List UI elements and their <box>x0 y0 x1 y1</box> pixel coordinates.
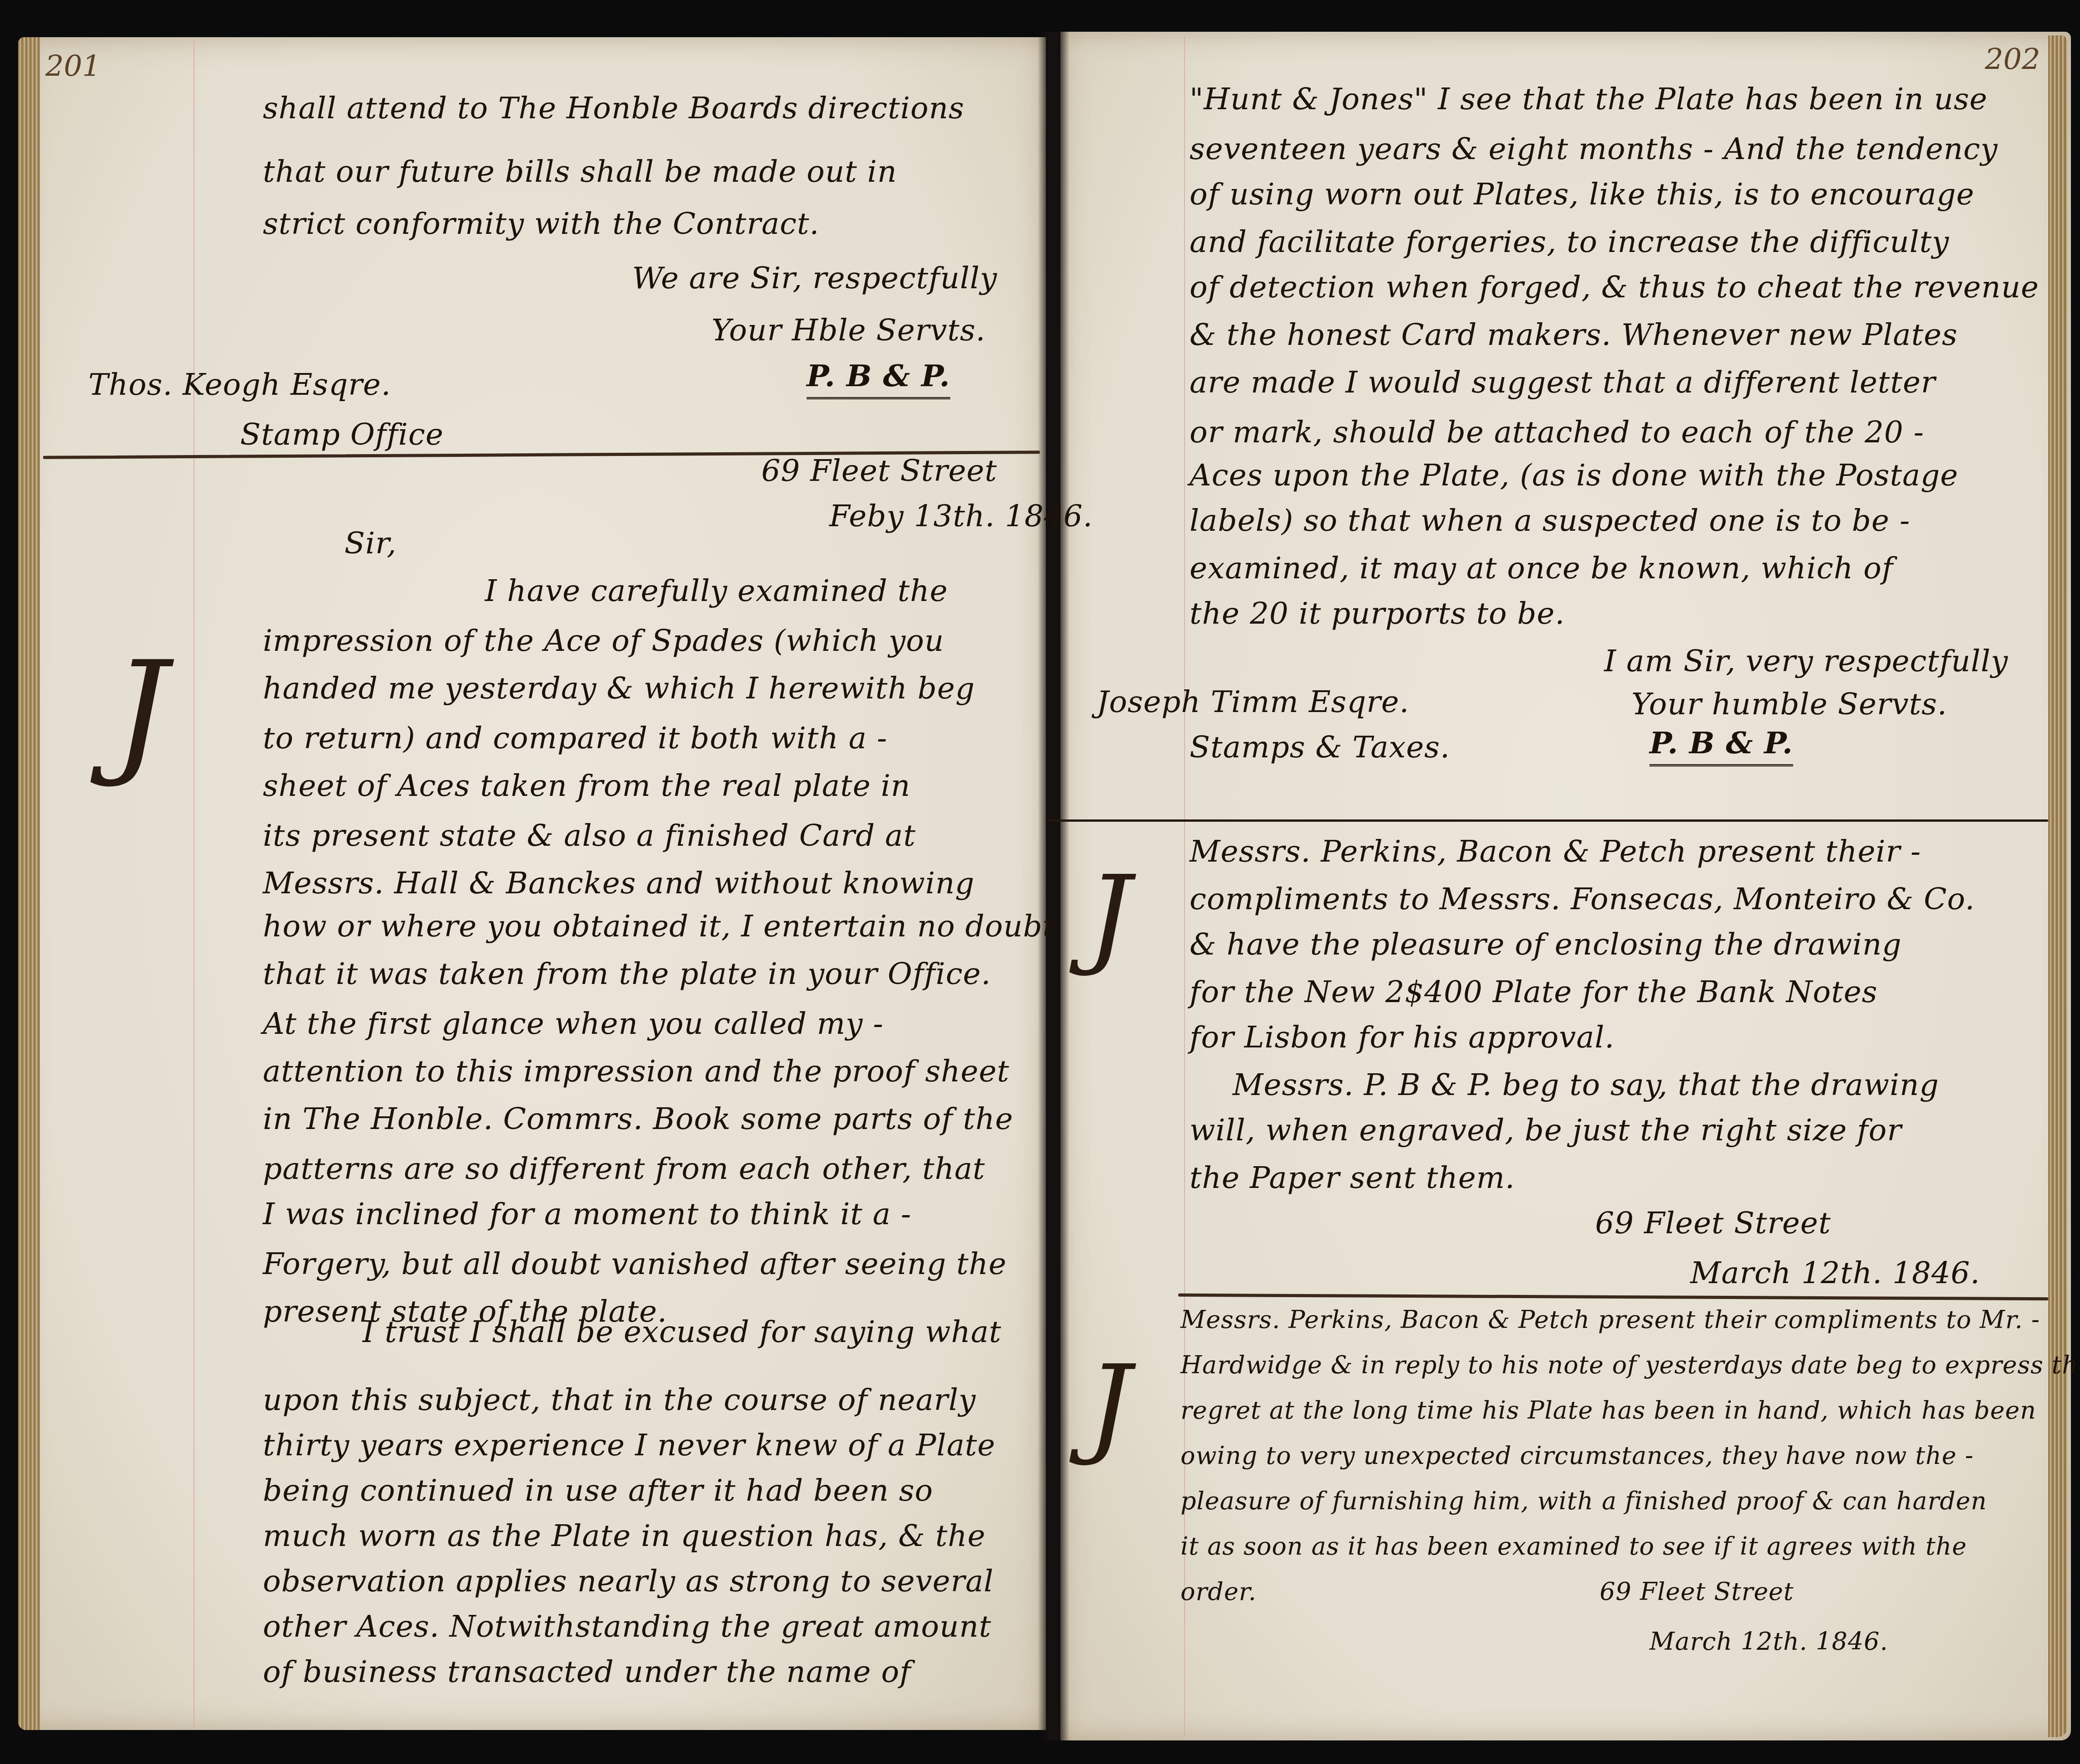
text-line: At the first glance when you called my - <box>263 1006 884 1041</box>
text-line: it as soon as it has been examined to se… <box>1180 1532 1967 1560</box>
text-line: Aces upon the Plate, (as is done with th… <box>1190 458 1959 493</box>
text-line: I trust I shall be excused for saying wh… <box>363 1314 1001 1349</box>
text-line: much worn as the Plate in question has, … <box>263 1518 986 1553</box>
text-line: I was inclined for a moment to think it … <box>263 1197 911 1231</box>
text-line: upon this subject, that in the course of… <box>263 1382 976 1417</box>
text-line: seventeen years & eight months - And the… <box>1190 131 1998 166</box>
text-line: pleasure of furnishing him, with a finis… <box>1180 1487 1987 1515</box>
right-page-edge <box>2048 35 2067 1737</box>
text-line: & the honest Card makers. Whenever new P… <box>1190 317 1958 352</box>
letter-date: March 12th. 1846. <box>1690 1255 1980 1290</box>
left-page-edge <box>18 37 40 1730</box>
page-number-left: 201 <box>45 50 101 83</box>
text-line: shall attend to The Honble Boards direct… <box>263 91 964 126</box>
signature-text: P. B & P. <box>1649 725 1793 766</box>
text-line: other Aces. Notwithstanding the great am… <box>263 1609 992 1644</box>
text-line: its present state & also a finished Card… <box>263 818 916 853</box>
text-line: sheet of Aces taken from the real plate … <box>263 768 910 803</box>
text-line: patterns are so different from each othe… <box>263 1151 985 1186</box>
text-line: the 20 it purports to be. <box>1190 596 1565 631</box>
addressee: Thos. Keogh Esqre. <box>88 367 391 402</box>
text-line: regret at the long time his Plate has be… <box>1180 1396 2036 1425</box>
text-line: "Hunt & Jones" I see that the Plate has … <box>1190 82 1988 116</box>
addressee-2: Stamp Office <box>240 417 444 452</box>
text-line: & have the pleasure of enclosing the dra… <box>1190 927 1902 962</box>
text-line: compliments to Messrs. Fonsecas, Monteir… <box>1190 882 1975 916</box>
text-line: will, when engraved, be just the right s… <box>1190 1113 1902 1148</box>
text-line: in The Honble. Commrs. Book some parts o… <box>263 1101 1013 1136</box>
text-line: impression of the Ace of Spades (which y… <box>263 623 944 658</box>
text-line: and facilitate forgeries, to increase th… <box>1190 224 1949 259</box>
text-line: or mark, should be attached to each of t… <box>1190 415 1924 450</box>
text-line: being continued in use after it had been… <box>263 1473 933 1508</box>
right-margin-rule <box>1184 36 1185 1736</box>
text-line: are made I would suggest that a differen… <box>1190 365 1936 400</box>
text-line: Messrs. P. B & P. beg to say, that the d… <box>1233 1067 1939 1102</box>
book-gutter <box>1038 32 1069 1740</box>
text-line: how or where you obtained it, I entertai… <box>263 909 1055 944</box>
text-line: thirty years experience I never knew of … <box>263 1428 996 1463</box>
page-number-right: 202 <box>1985 43 2040 77</box>
text-line: owing to very unexpected circumstances, … <box>1180 1441 1974 1470</box>
addressee-2: Stamps & Taxes. <box>1190 730 1450 765</box>
letter-date: Feby 13th. 1846. <box>829 499 1093 533</box>
text-line: Messrs. Hall & Banckes and without knowi… <box>263 866 975 901</box>
salutation: Sir, <box>344 526 397 561</box>
text-line: of using worn out Plates, like this, is … <box>1190 177 1974 212</box>
text-line: I have carefully examined the <box>485 573 948 608</box>
text-line: to return) and compared it both with a - <box>263 721 887 756</box>
closing: We are Sir, respectfully <box>632 261 997 296</box>
text-line: handed me yesterday & which I herewith b… <box>263 671 975 706</box>
text-line: for the New 2$400 Plate for the Bank Not… <box>1190 974 1877 1009</box>
letter-address: 69 Fleet Street <box>1595 1206 1831 1241</box>
text-line: Messrs. Perkins, Bacon & Petch present t… <box>1190 834 1921 869</box>
letter-address: 69 Fleet Street <box>761 453 997 488</box>
text-line: order. <box>1180 1577 1257 1606</box>
signature: P. B & P. <box>807 358 950 393</box>
text-line: that it was taken from the plate in your… <box>263 956 991 991</box>
margin-mark: J <box>113 644 168 780</box>
margin-mark: J <box>1088 861 1131 970</box>
entry-divider <box>1047 819 2048 822</box>
text-line: observation applies nearly as strong to … <box>263 1564 994 1599</box>
text-line: of business transacted under the name of <box>263 1654 911 1689</box>
addressee: Joseph Timm Esqre. <box>1097 684 1409 719</box>
closing: I am Sir, very respectfully <box>1604 644 2008 678</box>
text-line: for Lisbon for his approval. <box>1190 1020 1615 1055</box>
closing-2: Your Hble Servts. <box>711 313 986 348</box>
text-line: Forgery, but all doubt vanished after se… <box>263 1246 1007 1281</box>
letter-address: 69 Fleet Street <box>1600 1577 1794 1606</box>
text-line: examined, it may at once be known, which… <box>1190 551 1893 586</box>
text-line: of detection when forged, & thus to chea… <box>1190 270 2039 305</box>
signature-text: P. B & P. <box>807 358 950 399</box>
margin-mark: J <box>1088 1351 1131 1459</box>
text-line: that our future bills shall be made out … <box>263 154 897 189</box>
text-line: strict conformity with the Contract. <box>263 206 819 241</box>
letter-date: March 12th. 1846. <box>1649 1627 1888 1656</box>
text-line: labels) so that when a suspected one is … <box>1190 503 1910 538</box>
text-line: attention to this impression and the pro… <box>263 1054 1010 1089</box>
text-line: the Paper sent them. <box>1190 1160 1515 1195</box>
text-line: Messrs. Perkins, Bacon & Petch present t… <box>1180 1305 2040 1334</box>
signature: P. B & P. <box>1649 725 1793 761</box>
text-line: Hardwidge & in reply to his note of yest… <box>1180 1351 2080 1379</box>
closing-2: Your humble Servts. <box>1631 687 1947 722</box>
left-margin-rule <box>193 41 194 1727</box>
